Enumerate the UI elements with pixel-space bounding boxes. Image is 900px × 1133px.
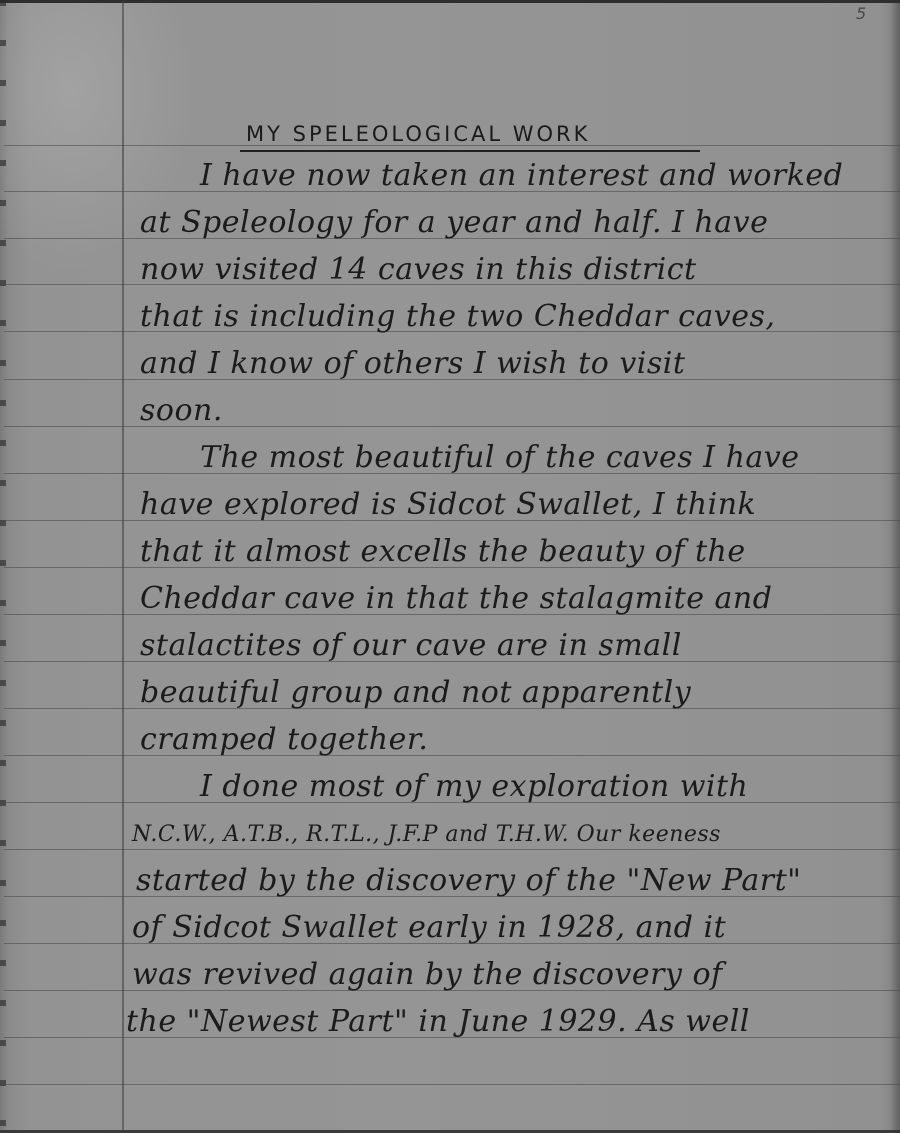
text-line: now visited 14 caves in this district bbox=[140, 252, 697, 287]
ruled-line bbox=[4, 426, 900, 427]
text-line: that it almost excells the beauty of the bbox=[140, 534, 746, 569]
text-line: I done most of my exploration with bbox=[200, 769, 748, 804]
page-title: MY SPELEOLOGICAL WORK bbox=[246, 122, 590, 146]
text-line: at Speleology for a year and half. I hav… bbox=[140, 205, 768, 240]
text-line: that is including the two Cheddar caves, bbox=[140, 299, 775, 334]
title-underline bbox=[240, 150, 700, 152]
text-line: The most beautiful of the caves I have bbox=[200, 440, 799, 475]
text-line: was revived again by the discovery of bbox=[132, 957, 723, 992]
text-line: soon. bbox=[140, 393, 223, 428]
text-line: beautiful group and not apparently bbox=[140, 675, 691, 710]
text-line: Cheddar cave in that the stalagmite and bbox=[140, 581, 772, 616]
ruled-line bbox=[4, 849, 900, 850]
text-line: and I know of others I wish to visit bbox=[140, 346, 685, 381]
ruled-line bbox=[4, 1084, 900, 1085]
text-line: of Sidcot Swallet early in 1928, and it bbox=[132, 910, 726, 945]
text-line: cramped together. bbox=[140, 722, 428, 757]
text-line: started by the discovery of the "New Par… bbox=[136, 863, 801, 898]
text-line: I have now taken an interest and worked bbox=[200, 158, 843, 193]
text-line: stalactites of our cave are in small bbox=[140, 628, 682, 663]
text-line: N.C.W., A.T.B., R.T.L., J.F.P and T.H.W.… bbox=[132, 822, 721, 847]
notebook-page: 5 MY SPELEOLOGICAL WORK I have now taken… bbox=[0, 0, 900, 1133]
text-line: the "Newest Part" in June 1929. As well bbox=[126, 1004, 750, 1039]
page-number: 5 bbox=[856, 4, 866, 23]
text-line: have explored is Sidcot Swallet, I think bbox=[140, 487, 756, 522]
ruled-line bbox=[4, 755, 900, 756]
